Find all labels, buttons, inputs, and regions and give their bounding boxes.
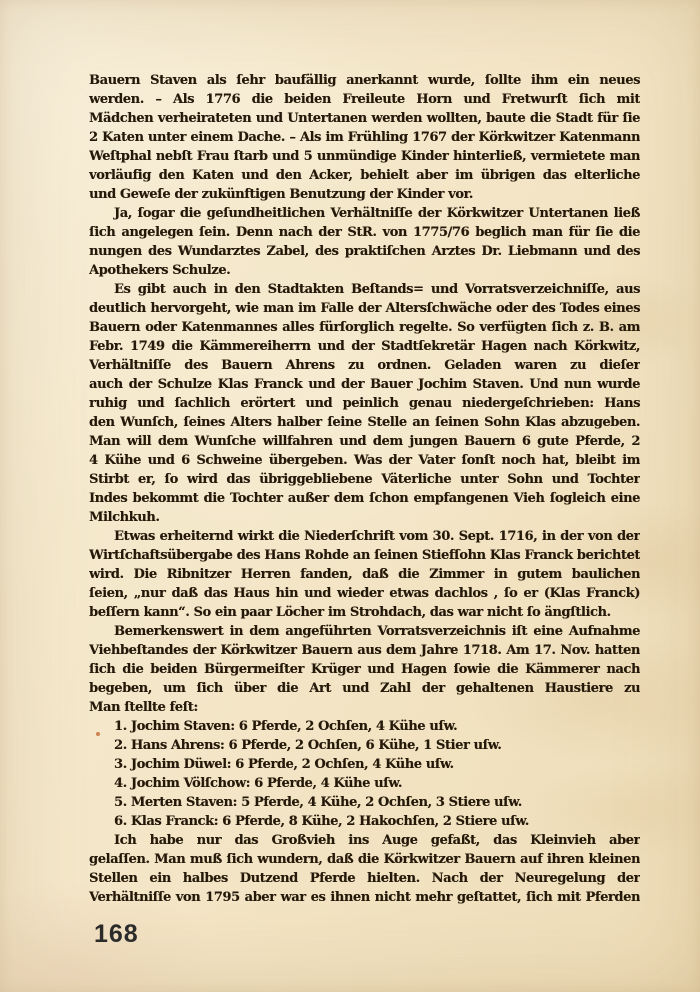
page-number: 168 bbox=[94, 920, 139, 949]
text-line: vorläufig den Katen und den Acker, behie… bbox=[89, 166, 640, 185]
text-line: Man will dem Wunſche willfahren und dem … bbox=[89, 432, 640, 451]
text-line: Bauern Staven als ſehr baufällig anerkan… bbox=[89, 71, 640, 90]
text-line: 2. Hans Ahrens: 6 Pferde, 2 Ochſen, 6 Kü… bbox=[89, 736, 640, 755]
text-line: und Geweſe der zukünftigen Benutzung der… bbox=[89, 185, 640, 204]
text-line: wird. Die Ribnitzer Herren fanden, daß d… bbox=[89, 565, 640, 584]
text-line: begeben, um ſich über die Art und Zahl d… bbox=[89, 679, 640, 698]
text-line: Viehbeſtandes der Körkwitzer Bauern aus … bbox=[89, 641, 640, 660]
text-line: Bauern oder Katenmannes alles fürſorglic… bbox=[89, 318, 640, 337]
text-line: auch der Schulze Klas Franck und der Bau… bbox=[89, 375, 640, 394]
text-line: Verhältniſſe von 1795 aber war es ihnen … bbox=[89, 888, 640, 907]
text-line: den Wunſch, ſeines Alters halber ſeine S… bbox=[89, 413, 640, 432]
text-line: Febr. 1749 die Kämmereiherrn und der Sta… bbox=[89, 337, 640, 356]
text-line: Verhältniſſe des Bauern Ahrens zu ordnen… bbox=[89, 356, 640, 375]
page-text: Bauern Staven als ſehr baufällig anerkan… bbox=[89, 71, 640, 907]
text-line: Ja, ſogar die geſundheitlichen Verhältni… bbox=[89, 204, 640, 223]
text-line: Es gibt auch in den Stadtakten Beſtands=… bbox=[89, 280, 640, 299]
text-line: 6. Klas Franck: 6 Pferde, 8 Kühe, 2 Hako… bbox=[89, 812, 640, 831]
text-line: Stirbt er, ſo wird das übriggebliebene V… bbox=[89, 470, 640, 489]
text-line: 2 Katen unter einem Dache. – Als im Früh… bbox=[89, 128, 640, 147]
text-line: 4. Jochim Völſchow: 6 Pferde, 4 Kühe uſw… bbox=[89, 774, 640, 793]
text-line: ſich angelegen ſein. Denn nach der StR. … bbox=[89, 223, 640, 242]
text-line: Ich habe nur das Großvieh ins Auge gefaß… bbox=[89, 831, 640, 850]
text-line: Bemerkenswert in dem angeführten Vorrats… bbox=[89, 622, 640, 641]
text-line: 5. Merten Staven: 5 Pferde, 4 Kühe, 2 Oc… bbox=[89, 793, 640, 812]
text-line: 1. Jochim Staven: 6 Pferde, 2 Ochſen, 4 … bbox=[89, 717, 640, 736]
text-line: 4 Kühe und 6 Schweine übergeben. Was der… bbox=[89, 451, 640, 470]
text-line: 3. Jochim Düwel: 6 Pferde, 2 Ochſen, 4 K… bbox=[89, 755, 640, 774]
text-line: Mädchen verheirateten und Untertanen wer… bbox=[89, 109, 640, 128]
text-line: Wirtſchaftsübergabe des Hans Rohde an ſe… bbox=[89, 546, 640, 565]
text-line: Apothekers Schulze. bbox=[89, 261, 640, 280]
text-line: ruhig und ſachlich erörtert und peinlich… bbox=[89, 394, 640, 413]
text-line: Stellen ein halbes Dutzend Pferde hielte… bbox=[89, 869, 640, 888]
text-line: beſſern kann“. So ein paar Löcher im Str… bbox=[89, 603, 640, 622]
text-line: werden. – Als 1776 die beiden Freileute … bbox=[89, 90, 640, 109]
text-line: Milchkuh. bbox=[89, 508, 640, 527]
text-line: ſeien, „nur daß das Haus hin und wieder … bbox=[89, 584, 640, 603]
text-line: Etwas erheiternd wirkt die Niederſchrift… bbox=[89, 527, 640, 546]
text-line: Indes bekommt die Tochter außer dem ſcho… bbox=[89, 489, 640, 508]
text-line: deutlich hervorgeht, wie man im Falle de… bbox=[89, 299, 640, 318]
text-line: nungen des Wundarztes Zabel, des praktiſ… bbox=[89, 242, 640, 261]
text-line: ſich die beiden Bürgermeiſter Krüger und… bbox=[89, 660, 640, 679]
text-line: Weſtphal nebſt Frau ſtarb und 5 unmündig… bbox=[89, 147, 640, 166]
scanned-book-page: Bauern Staven als ſehr baufällig anerkan… bbox=[0, 0, 700, 992]
text-line: gelaſſen. Man muß ſich wundern, daß die … bbox=[89, 850, 640, 869]
text-line: Man ſtellte feſt: bbox=[89, 698, 640, 717]
